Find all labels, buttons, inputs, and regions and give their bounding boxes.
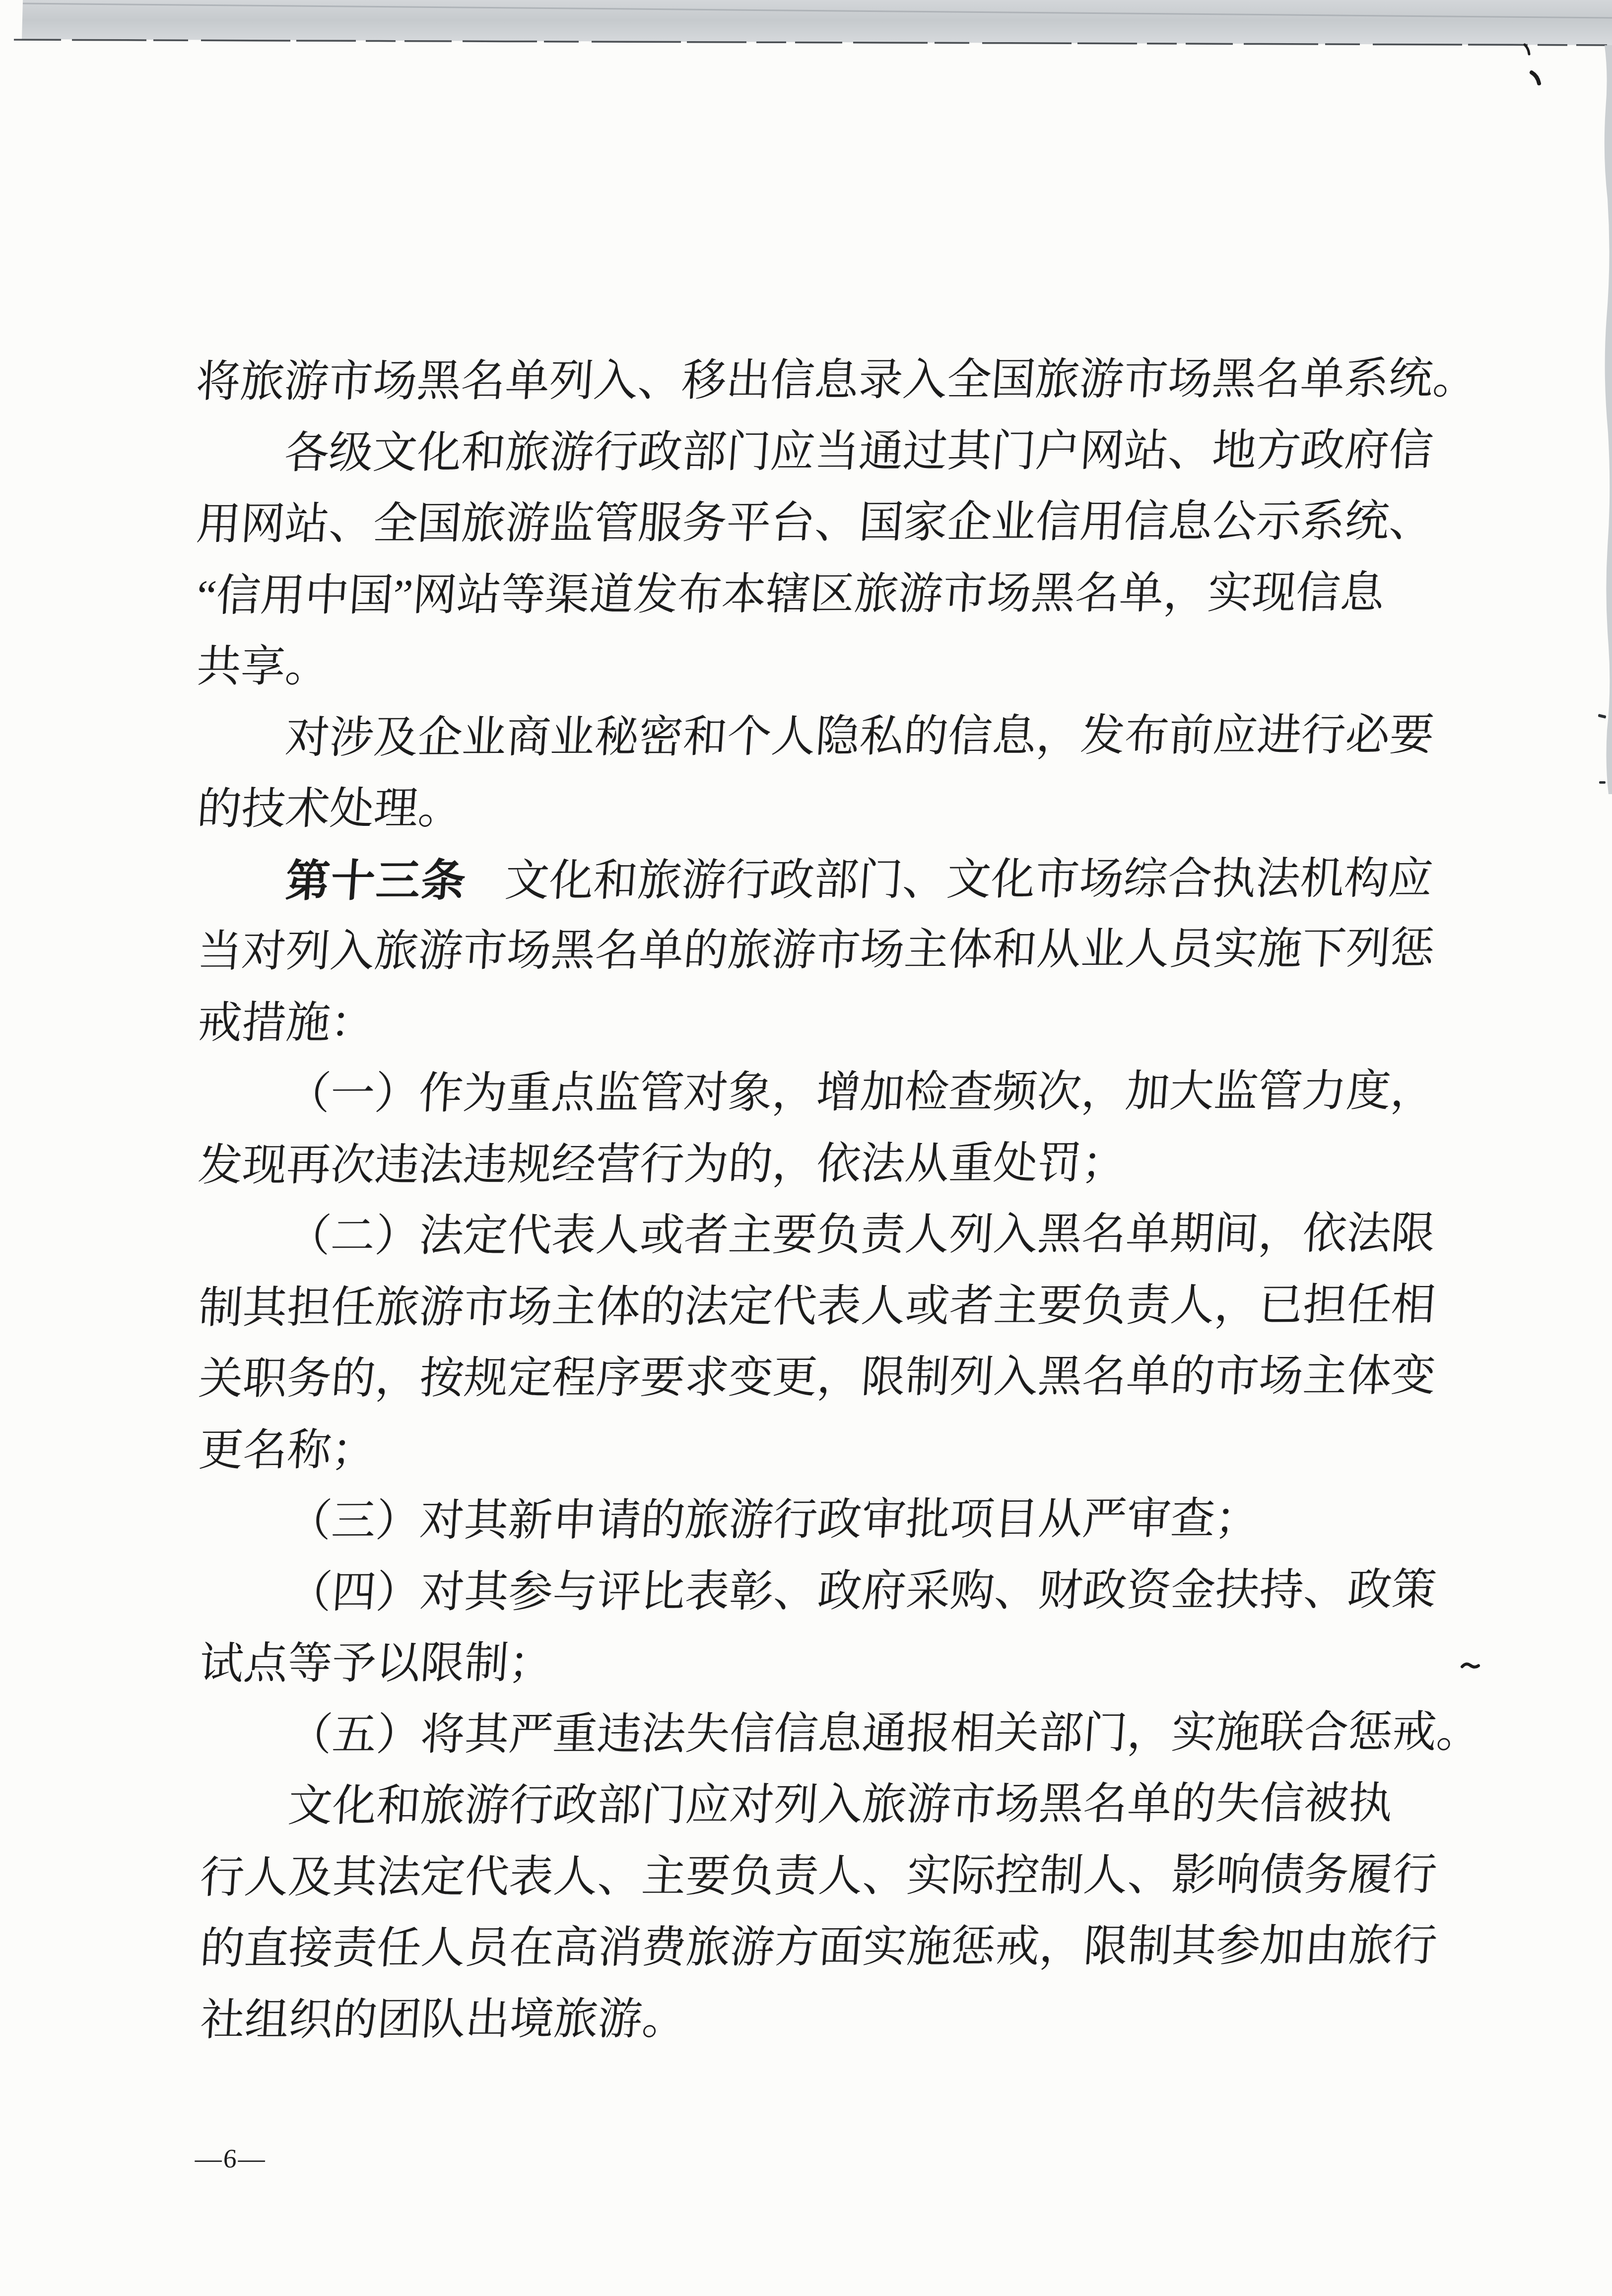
text-line: 各级文化和旅游行政部门应当通过其门户网站、地方政府信 bbox=[194, 415, 1489, 489]
text-line: 试点等予以限制； bbox=[197, 1625, 1492, 1700]
text-run: 文化和旅游行政部门、文化市场综合执法机构应 bbox=[503, 854, 1434, 905]
text-run: （五）将其严重违法失信信息通报相关部门，实施联合惩戒。 bbox=[286, 1708, 1482, 1759]
text-line: 文化和旅游行政部门应对列入旅游市场黑名单的失信被执 bbox=[198, 1768, 1493, 1842]
text-run: 的直接责任人员在高消费旅游方面实施惩戒，限制其参加由旅行 bbox=[199, 1921, 1439, 1973]
text-run: “信用中国”网站等渠道发布本辖区旅游市场黑名单，实现信息 bbox=[195, 568, 1386, 620]
text-run: 当对列入旅游市场黑名单的旅游市场主体和从业人员实施下列惩 bbox=[196, 924, 1436, 976]
text-run: 试点等予以限制； bbox=[198, 1639, 555, 1688]
text-run: 发现再次违法违规经营行为的，依法从重处罚； bbox=[197, 1139, 1128, 1190]
text-line: 发现再次违法违规经营行为的，依法从重处罚； bbox=[196, 1127, 1491, 1202]
text-line: 戒措施： bbox=[196, 985, 1491, 1059]
text-line: 当对列入旅游市场黑名单的旅游市场主体和从业人员实施下列惩 bbox=[195, 913, 1490, 988]
text-line: 对涉及企业商业秘密和个人隐私的信息，发布前应进行必要 bbox=[195, 700, 1490, 774]
text-line: 共享。 bbox=[195, 628, 1490, 703]
text-run: （二）法定代表人或者主要负责人列入黑名单期间，依法限 bbox=[285, 1209, 1437, 1261]
ink-mark bbox=[1532, 72, 1539, 83]
scan-speck bbox=[1598, 714, 1607, 719]
text-run: 行人及其法定代表人、主要负责人、实际控制人、影响债务履行 bbox=[199, 1850, 1439, 1902]
text-line: 用网站、全国旅游监管服务平台、国家企业信用信息公示系统、 bbox=[194, 486, 1489, 560]
text-line: 更名称； bbox=[197, 1412, 1492, 1486]
text-run: 各级文化和旅游行政部门应当通过其门户网站、地方政府信 bbox=[283, 426, 1435, 477]
text-run: 对涉及企业商业秘密和个人隐私的信息，发布前应进行必要 bbox=[284, 711, 1436, 762]
text-line: 将旅游市场黑名单列入、移出信息录入全国旅游市场黑名单系统。 bbox=[194, 343, 1489, 418]
text-line: 的直接责任人员在高消费旅游方面实施惩戒，限制其参加由旅行 bbox=[198, 1910, 1493, 1985]
scan-band-edge-line bbox=[14, 40, 1607, 45]
scan-band-highlight-line bbox=[23, 3, 1612, 18]
text-run: 更名称； bbox=[198, 1426, 378, 1475]
text-run: 文化和旅游行政部门应对列入旅游市场黑名单的失信被执 bbox=[286, 1779, 1394, 1831]
text-line: 关职务的，按规定程序要求变更，限制列入黑名单的市场主体变 bbox=[197, 1341, 1492, 1415]
text-run: （一）作为重点监管对象，增加检查频次，加大监管力度， bbox=[285, 1067, 1437, 1118]
text-line: 制其担任旅游市场主体的法定代表人或者主要负责人，已担任相 bbox=[196, 1270, 1491, 1344]
text-line: 行人及其法定代表人、主要负责人、实际控制人、影响债务履行 bbox=[198, 1839, 1493, 1914]
text-line: （三）对其新申请的旅游行政审批项目从严审查； bbox=[197, 1483, 1492, 1557]
scan-band-top bbox=[22, 0, 1612, 45]
text-run: 戒措施： bbox=[196, 999, 376, 1048]
text-run: 的技术处理。 bbox=[196, 785, 464, 834]
text-run: 用网站、全国旅游监管服务平台、国家企业信用信息公示系统、 bbox=[195, 497, 1435, 549]
text-line: 第十三条文化和旅游行政部门、文化市场综合执法机构应 bbox=[195, 842, 1490, 917]
text-line: （四）对其参与评比表彰、政府采购、财政资金扶持、政策 bbox=[197, 1554, 1492, 1629]
ink-mark bbox=[1525, 45, 1529, 54]
text-run: 将旅游市场黑名单列入、移出信息录入全国旅游市场黑名单系统。 bbox=[195, 354, 1479, 406]
text-run: 关职务的，按规定程序要求变更，限制列入黑名单的市场主体变 bbox=[197, 1351, 1437, 1404]
page-number: —6— bbox=[194, 2143, 267, 2174]
document-page: 将旅游市场黑名单列入、移出信息录入全国旅游市场黑名单系统。各级文化和旅游行政部门… bbox=[0, 0, 1612, 2296]
text-line: （二）法定代表人或者主要负责人列入黑名单期间，依法限 bbox=[196, 1198, 1491, 1273]
text-line: 的技术处理。 bbox=[195, 771, 1490, 845]
text-run: （四）对其参与评比表彰、政府采购、财政资金扶持、政策 bbox=[286, 1565, 1438, 1617]
text-line: “信用中国”网站等渠道发布本辖区旅游市场黑名单，实现信息 bbox=[195, 557, 1490, 632]
text-line: 社组织的团队出境旅游。 bbox=[198, 1982, 1493, 2056]
scan-strip-right bbox=[1605, 45, 1612, 794]
text-run: 制其担任旅游市场主体的法定代表人或者主要负责人，已担任相 bbox=[197, 1281, 1437, 1333]
scan-speck bbox=[1599, 781, 1606, 784]
text-run: （三）对其新申请的旅游行政审批项目从严审查； bbox=[286, 1494, 1261, 1546]
text-line: （五）将其严重违法失信信息通报相关部门，实施联合惩戒。 bbox=[198, 1697, 1493, 1771]
document-text: 将旅游市场黑名单列入、移出信息录入全国旅游市场黑名单系统。各级文化和旅游行政部门… bbox=[194, 343, 1488, 2056]
text-run: 社组织的团队出境旅游。 bbox=[199, 1995, 688, 2045]
text-line: （一）作为重点监管对象，增加检查频次，加大监管力度， bbox=[196, 1056, 1491, 1130]
text-run: 共享。 bbox=[195, 642, 331, 691]
article-number: 第十三条 bbox=[284, 855, 469, 905]
